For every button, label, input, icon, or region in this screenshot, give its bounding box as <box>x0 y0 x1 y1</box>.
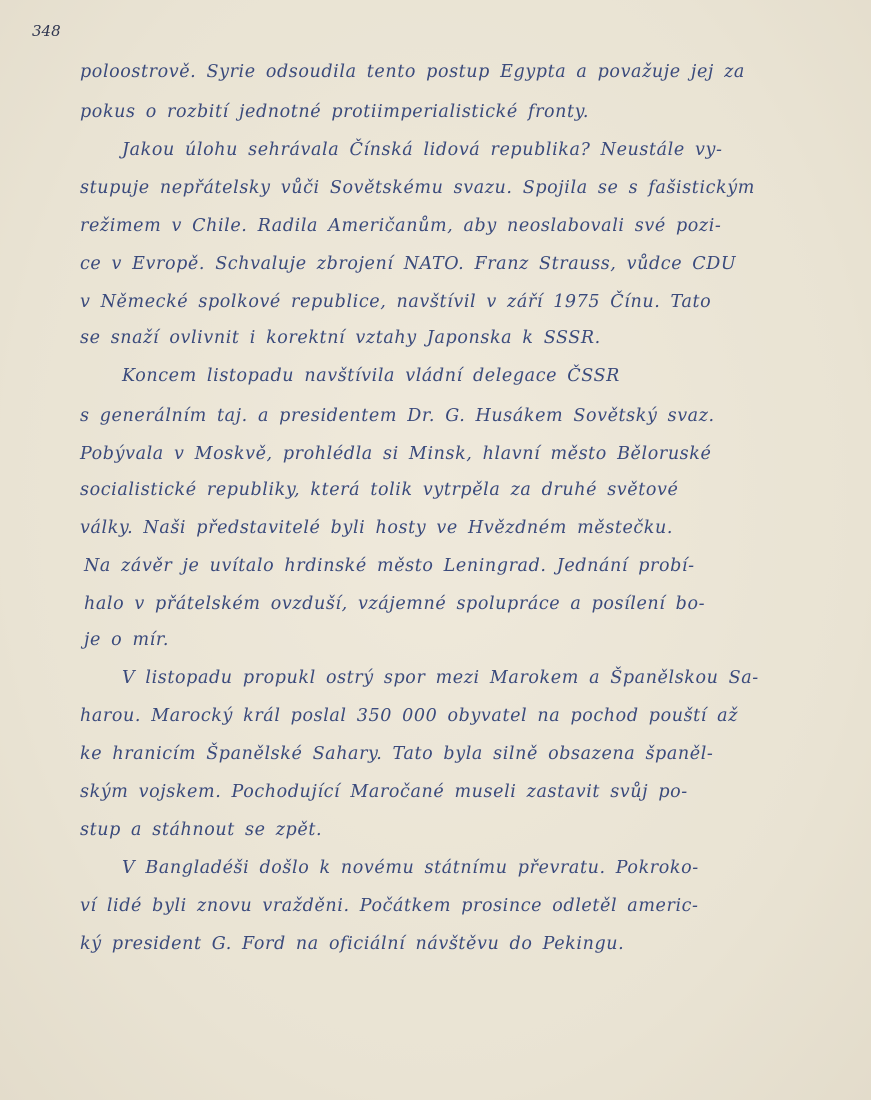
text-line: ví lidé byli znovu vražděni. Počátkem pr… <box>80 896 699 916</box>
page-number: 348 <box>32 22 61 40</box>
text-line: je o mír. <box>84 630 169 650</box>
text-line: harou. Marocký král poslal 350 000 obyva… <box>80 706 738 726</box>
text-line: Pobývala v Moskvě, prohlédla si Minsk, h… <box>80 444 711 464</box>
text-line: poloostrově. Syrie odsoudila tento postu… <box>80 62 745 82</box>
text-line: Jakou úlohu sehrávala Čínská lidová repu… <box>122 140 722 160</box>
text-line: s generálním taj. a presidentem Dr. G. H… <box>80 406 715 426</box>
text-line: války. Naši představitelé byli hosty ve … <box>80 518 673 538</box>
text-line: Na závěr je uvítalo hrdinské město Lenin… <box>84 556 695 576</box>
text-line: V listopadu propukl ostrý spor mezi Maro… <box>122 668 759 688</box>
text-line: se snaží ovlivnit i korektní vztahy Japo… <box>80 328 601 348</box>
text-line: halo v přátelském ovzduší, vzájemné spol… <box>84 594 705 614</box>
text-line: socialistické republiky, která tolik vyt… <box>80 480 678 500</box>
text-line: ce v Evropě. Schvaluje zbrojení NATO. Fr… <box>80 254 736 274</box>
text-line: pokus o rozbití jednotné protiimperialis… <box>80 102 589 122</box>
text-line: stup a stáhnout se zpět. <box>80 820 322 840</box>
text-line: Koncem listopadu navštívila vládní deleg… <box>122 366 620 386</box>
handwritten-page: 348 poloostrově. Syrie odsoudila tento p… <box>0 0 871 1100</box>
text-line: ským vojskem. Pochodující Maročané musel… <box>80 782 688 802</box>
text-line: ký president G. Ford na oficiální návště… <box>80 934 624 954</box>
text-line: stupuje nepřátelsky vůči Sovětskému svaz… <box>80 178 755 198</box>
text-line: V Bangladéši došlo k novému státnímu pře… <box>122 858 699 878</box>
text-line: ke hranicím Španělské Sahary. Tato byla … <box>80 744 713 764</box>
text-line: v Německé spolkové republice, navštívil … <box>80 292 711 312</box>
text-line: režimem v Chile. Radila Američanům, aby … <box>80 216 721 236</box>
